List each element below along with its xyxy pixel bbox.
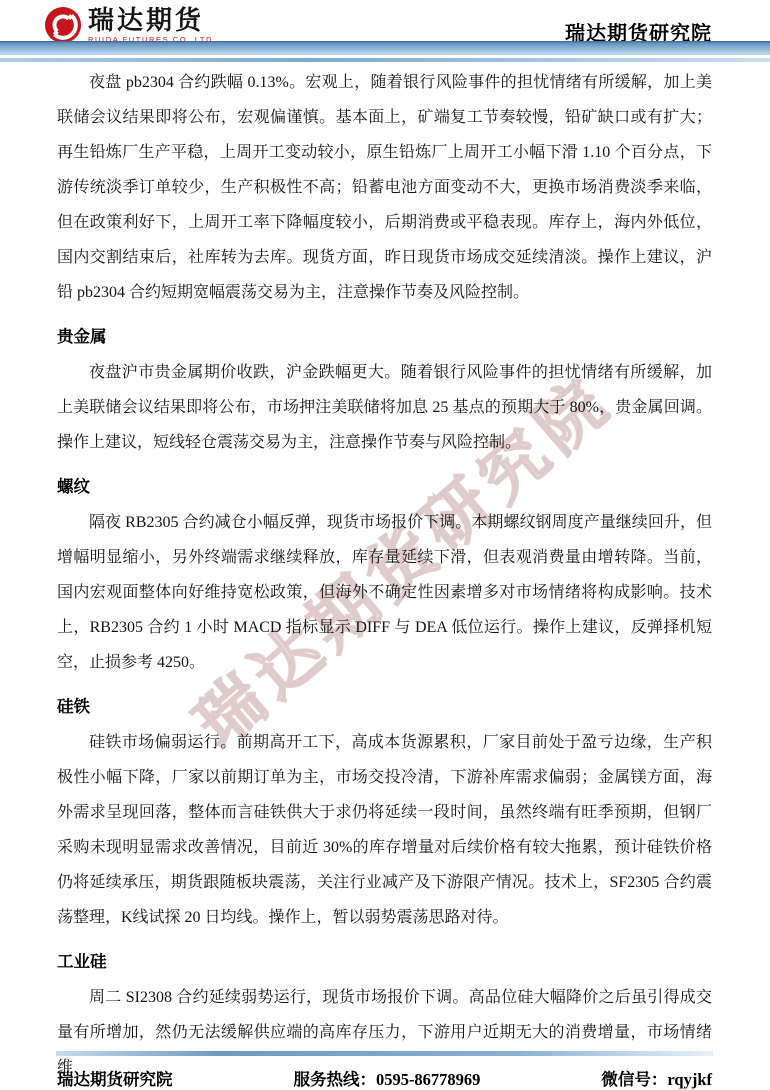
paragraph-lead-pb2304: 夜盘 pb2304 合约跌幅 0.13%。宏观上，随着银行风险事件的担忧情绪有所… — [57, 65, 712, 310]
section-heading-industrial-silicon: 工业硅 — [57, 945, 712, 980]
paragraph-precious-metals: 夜盘沪市贵金属期价收跌，沪金跌幅更大。随着银行风险事件的担忧情绪有所缓解，加上美… — [57, 355, 712, 460]
header-divider-bar — [0, 41, 770, 55]
paragraph-ferrosilicon: 硅铁市场偏弱运行。前期高开工下，高成本货源累积，厂家目前处于盈亏边缘，生产积极性… — [57, 725, 712, 935]
section-heading-rebar: 螺纹 — [57, 470, 712, 505]
research-report-page: 瑞达期货 RUIDA FUTURES CO.,LTD. 瑞达期货研究院 瑞达期货… — [0, 0, 770, 1090]
logo-company-name: 瑞达期货 — [88, 6, 217, 34]
footer-institute: 瑞达期货研究院 — [57, 1066, 173, 1090]
section-heading-ferrosilicon: 硅铁 — [57, 690, 712, 725]
header-divider-line — [0, 58, 770, 62]
company-logo: 瑞达期货 RUIDA FUTURES CO.,LTD. — [44, 6, 217, 44]
footer: 瑞达期货研究院 服务热线：0595-86778969 微信号：rqyjkf — [57, 1066, 712, 1090]
report-body: 夜盘 pb2304 合约跌幅 0.13%。宏观上，随着银行风险事件的担忧情绪有所… — [57, 65, 712, 1085]
paragraph-rebar: 隔夜 RB2305 合约减仓小幅反弹，现货市场报价下调。本期螺纹钢周度产量继续回… — [57, 505, 712, 680]
footer-wechat: 微信号：rqyjkf — [601, 1066, 712, 1090]
section-heading-precious-metals: 贵金属 — [57, 320, 712, 355]
ruida-swirl-icon — [44, 6, 82, 44]
footer-hotline: 服务热线：0595-86778969 — [293, 1066, 480, 1090]
footer-divider-bar — [56, 1051, 713, 1056]
